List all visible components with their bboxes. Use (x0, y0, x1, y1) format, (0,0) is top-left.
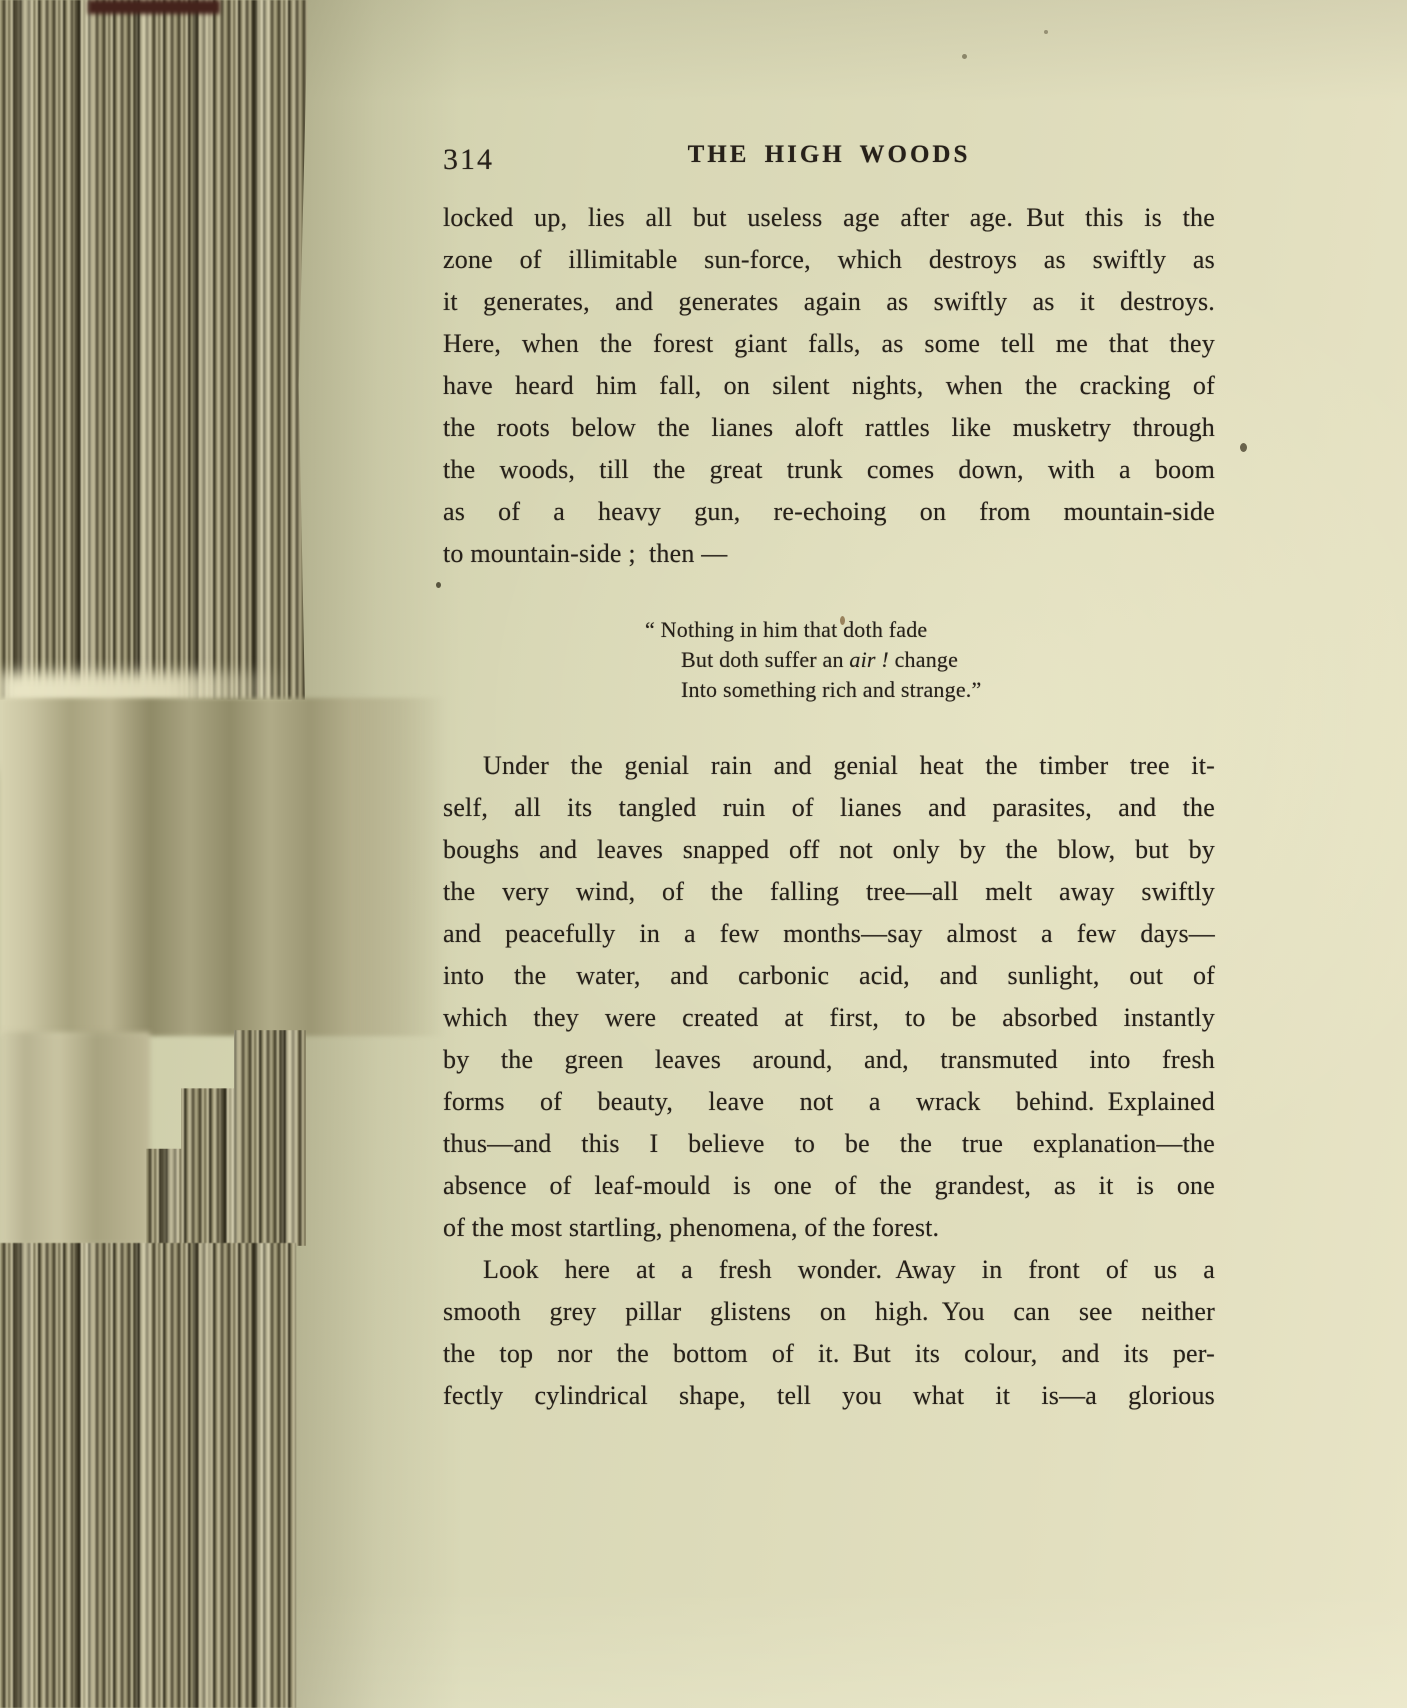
verse-text: change (889, 647, 958, 672)
text-line: to mountain-side ; then — (443, 533, 1215, 575)
text-line: thus—and this I believe to be the true e… (443, 1123, 1215, 1165)
text-line: and peacefully in a few months—say almos… (443, 913, 1215, 955)
paragraph-3: Look here at a fresh wonder. Away in fro… (443, 1249, 1215, 1417)
text-line: the very wind, of the falling tree—all m… (443, 871, 1215, 913)
paper-blemish (962, 54, 967, 59)
book-scan-photo: 314 THE HIGH WOODS locked up, lies all b… (0, 0, 1407, 1708)
text-line: fectly cylindrical shape, tell you what … (443, 1375, 1215, 1417)
text-line: Look here at a fresh wonder. Away in fro… (443, 1249, 1215, 1291)
verse-line: “ Nothing in him that doth fade (645, 615, 1215, 645)
verse-line: Into something rich and strange.” (645, 675, 1215, 705)
book-page-edges-top (0, 0, 308, 700)
text-line: Under the genial rain and genial heat th… (443, 745, 1215, 787)
text-line: it generates, and generates again as swi… (443, 281, 1215, 323)
text-line: which they were created at first, to be … (443, 997, 1215, 1039)
paper-blemish (436, 582, 441, 588)
text-line: smooth grey pillar glistens on high. You… (443, 1291, 1215, 1333)
text-line: absence of leaf-mould is one of the gran… (443, 1165, 1215, 1207)
text-line: have heard him fall, on silent nights, w… (443, 365, 1215, 407)
running-header-title: THE HIGH WOODS (443, 141, 1215, 169)
text-line: boughs and leaves snapped off not only b… (443, 829, 1215, 871)
verse-line: But doth suffer an air ! change (645, 645, 1215, 675)
text-line: into the water, and carbonic acid, and s… (443, 955, 1215, 997)
page-number: 314 (443, 143, 494, 177)
page-header: 314 THE HIGH WOODS (443, 141, 1215, 177)
text-line: as of a heavy gun, re-echoing on from mo… (443, 491, 1215, 533)
book-page-edges-bottom (0, 1243, 296, 1708)
paragraph-1: locked up, lies all but useless age afte… (443, 197, 1215, 575)
scan-smear-band-lower (0, 1032, 150, 1246)
book-cover-sliver (88, 0, 220, 14)
text-line: the top nor the bottom of it. But its co… (443, 1333, 1215, 1375)
paragraph-2: Under the genial rain and genial heat th… (443, 745, 1215, 1249)
text-line: the woods, till the great trunk comes do… (443, 449, 1215, 491)
text-line: locked up, lies all but useless age afte… (443, 197, 1215, 239)
paper-blemish (1044, 30, 1048, 34)
page-content: 314 THE HIGH WOODS locked up, lies all b… (443, 141, 1215, 1417)
text-line: the roots below the lianes aloft rattles… (443, 407, 1215, 449)
verse-quote: “ Nothing in him that doth fade But doth… (645, 615, 1215, 705)
verse-italic: air ! (849, 647, 889, 672)
text-line: Here, when the forest giant falls, as so… (443, 323, 1215, 365)
scan-smear-band (0, 698, 445, 1036)
text-line: by the green leaves around, and, transmu… (443, 1039, 1215, 1081)
paper-blemish (1240, 443, 1247, 452)
verse-text: But doth suffer an (681, 647, 849, 672)
text-line: of the most startling, phenomena, of the… (443, 1207, 1215, 1249)
text-line: zone of illimitable sun-force, which des… (443, 239, 1215, 281)
text-line: forms of beauty, leave not a wrack behin… (443, 1081, 1215, 1123)
text-line: self, all its tangled ruin of lianes and… (443, 787, 1215, 829)
